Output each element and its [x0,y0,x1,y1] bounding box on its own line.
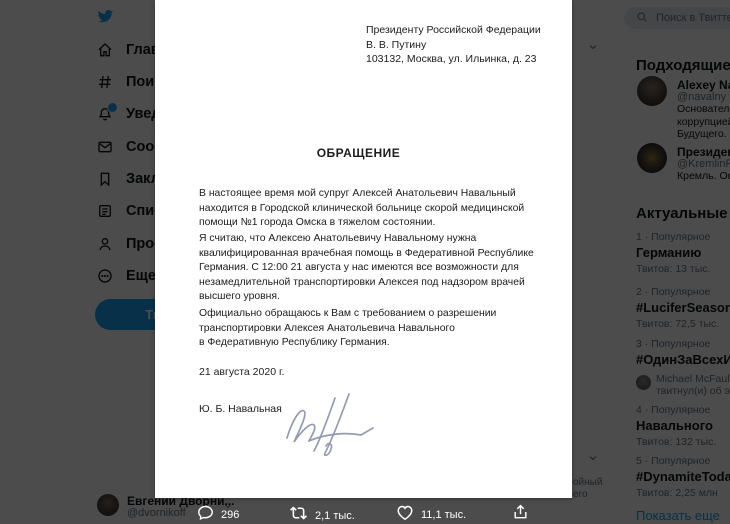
like-count: 11,1 тыс. [421,509,466,521]
twitter-photo-viewer: Главная Поиск Уведомления Сообщения Закл… [0,0,730,524]
letter-signer: Ю. Б. Навальная [199,403,282,415]
letter-paragraph: Официально обращаюсь к Вам с требованием… [199,307,496,351]
share-button[interactable] [512,503,529,524]
like-icon [396,504,414,524]
share-icon [512,503,529,524]
reply-button[interactable]: 296 [197,504,239,524]
letter-paragraph: Я считаю, что Алексею Анатольевичу Навал… [199,232,534,305]
letter-paragraph: В настоящее время мой супруг Алексей Ана… [199,187,524,231]
retweet-count: 2,1 тыс. [315,510,355,522]
letter-recipient: Президенту Российской Федерации В. В. Пу… [366,23,541,67]
letter-photo[interactable]: Президенту Российской Федерации В. В. Пу… [155,0,572,498]
letter-date: 21 августа 2020 г. [199,366,284,378]
retweet-button[interactable]: 2,1 тыс. [289,505,355,524]
signature-scribble [273,388,398,461]
reply-count: 296 [221,509,239,521]
reply-icon [197,504,214,524]
retweet-icon [289,505,308,524]
letter-title: ОБРАЩЕНИЕ [155,146,562,160]
like-button[interactable]: 11,1 тыс. [396,504,466,524]
